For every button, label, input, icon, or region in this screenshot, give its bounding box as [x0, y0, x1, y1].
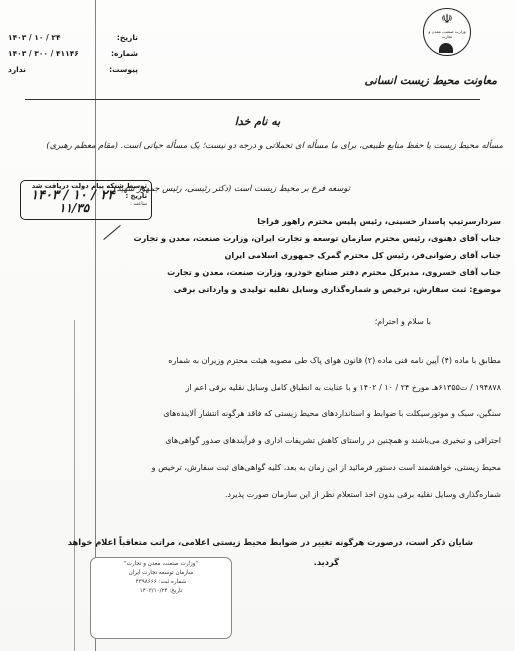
fold-line — [95, 0, 96, 651]
body-line: ۱۹۴۸۷۸ / ت۶۱۳۵۵هـ مورخ ۲۴ / ۱۰ / ۱۴۰۲ و … — [38, 375, 501, 402]
meta-date: تاریخ: ۱۴۰۳ / ۱۰ / ۲۴ — [8, 30, 138, 46]
received-stamp: توسط شبکه پیام دولت دریافت شد تاریخ : سا… — [20, 180, 152, 220]
letter-page: تاریخ: ۱۴۰۳ / ۱۰ / ۲۴ شماره: ۱۴۰۳ / ۳۰۰ … — [0, 0, 515, 651]
registration-stamp: "وزارت صنعت، معدن و تجارت" سازمان توسعه … — [90, 557, 232, 639]
globe-icon — [439, 43, 453, 53]
meta-attachment: پیوست: ندارد — [8, 62, 138, 78]
body-line: احتراقی و تبخیری می‌باشند و همچنین در را… — [38, 428, 501, 455]
body-line: شماره‌گذاری وسایل نقلیه برقی بدون اخذ اس… — [38, 482, 501, 509]
body-line: محیط زیستی، خواهشمند است دستور فرمائید ا… — [38, 455, 501, 482]
recipient: سردارسرتیپ پاسدار حسینی، رئیس پلیس محترم… — [134, 213, 501, 230]
quote-leader: مسأله محیط زیست یا حفظ منابع طبیعی، برای… — [23, 140, 503, 150]
greeting: با سلام و احترام؛ — [375, 317, 431, 326]
letter-meta: تاریخ: ۱۴۰۳ / ۱۰ / ۲۴ شماره: ۱۴۰۳ / ۳۰۰ … — [8, 30, 138, 78]
reg-number: شماره ثبت: ۴۳۹۸۶۶۶ — [91, 578, 231, 587]
recipients-list: سردارسرتیپ پاسدار حسینی، رئیس پلیس محترم… — [134, 213, 501, 298]
bismillah: به نام خدا — [0, 115, 515, 128]
closing-continuation: گردید. — [314, 557, 339, 567]
ministry-logo: ☫ وزارت صنعت، معدن و تجارت — [409, 8, 485, 78]
handwritten-time: ۱۱/۳۵ — [59, 201, 89, 215]
closing-line: شایان ذکر است، درصورت هرگونه تغییر در ضو… — [68, 537, 473, 547]
recipient: جناب آقای رضوانی‌فر، رئیس کل محترم گمرک … — [134, 247, 501, 264]
body-line: مطابق با ماده (۴) آیین نامه فنی ماده (۲)… — [38, 348, 501, 375]
reg-date: تاریخ: ۱۴۰۳/۱۰/۲۴ — [91, 587, 231, 596]
meta-number: شماره: ۱۴۰۳ / ۳۰۰ / ۴۱۱۴۶ — [8, 46, 138, 62]
check-mark-icon — [103, 225, 120, 240]
header-divider — [25, 99, 480, 100]
recipient: جناب آقای خسروی، مدیرکل محترم دفتر صنایع… — [134, 264, 501, 281]
department-name: معاونت محیط زیست انسانی — [365, 74, 497, 87]
reg-org: سازمان توسعه تجارت ایران — [91, 569, 231, 578]
emblem-icon: ☫ وزارت صنعت، معدن و تجارت — [423, 8, 471, 56]
body-line: سنگین، سبک و موتورسیکلت با ضوابط و استان… — [38, 401, 501, 428]
recipient: جناب آقای دهنوی، رئیس محترم سازمان توسعه… — [134, 230, 501, 247]
reg-ministry: "وزارت صنعت، معدن و تجارت" — [91, 560, 231, 569]
subject-line: موضوع: ثبت سفارش، ترخیص و شماره‌گذاری وس… — [134, 281, 501, 298]
letter-body: مطابق با ماده (۴) آیین نامه فنی ماده (۲)… — [38, 348, 501, 508]
